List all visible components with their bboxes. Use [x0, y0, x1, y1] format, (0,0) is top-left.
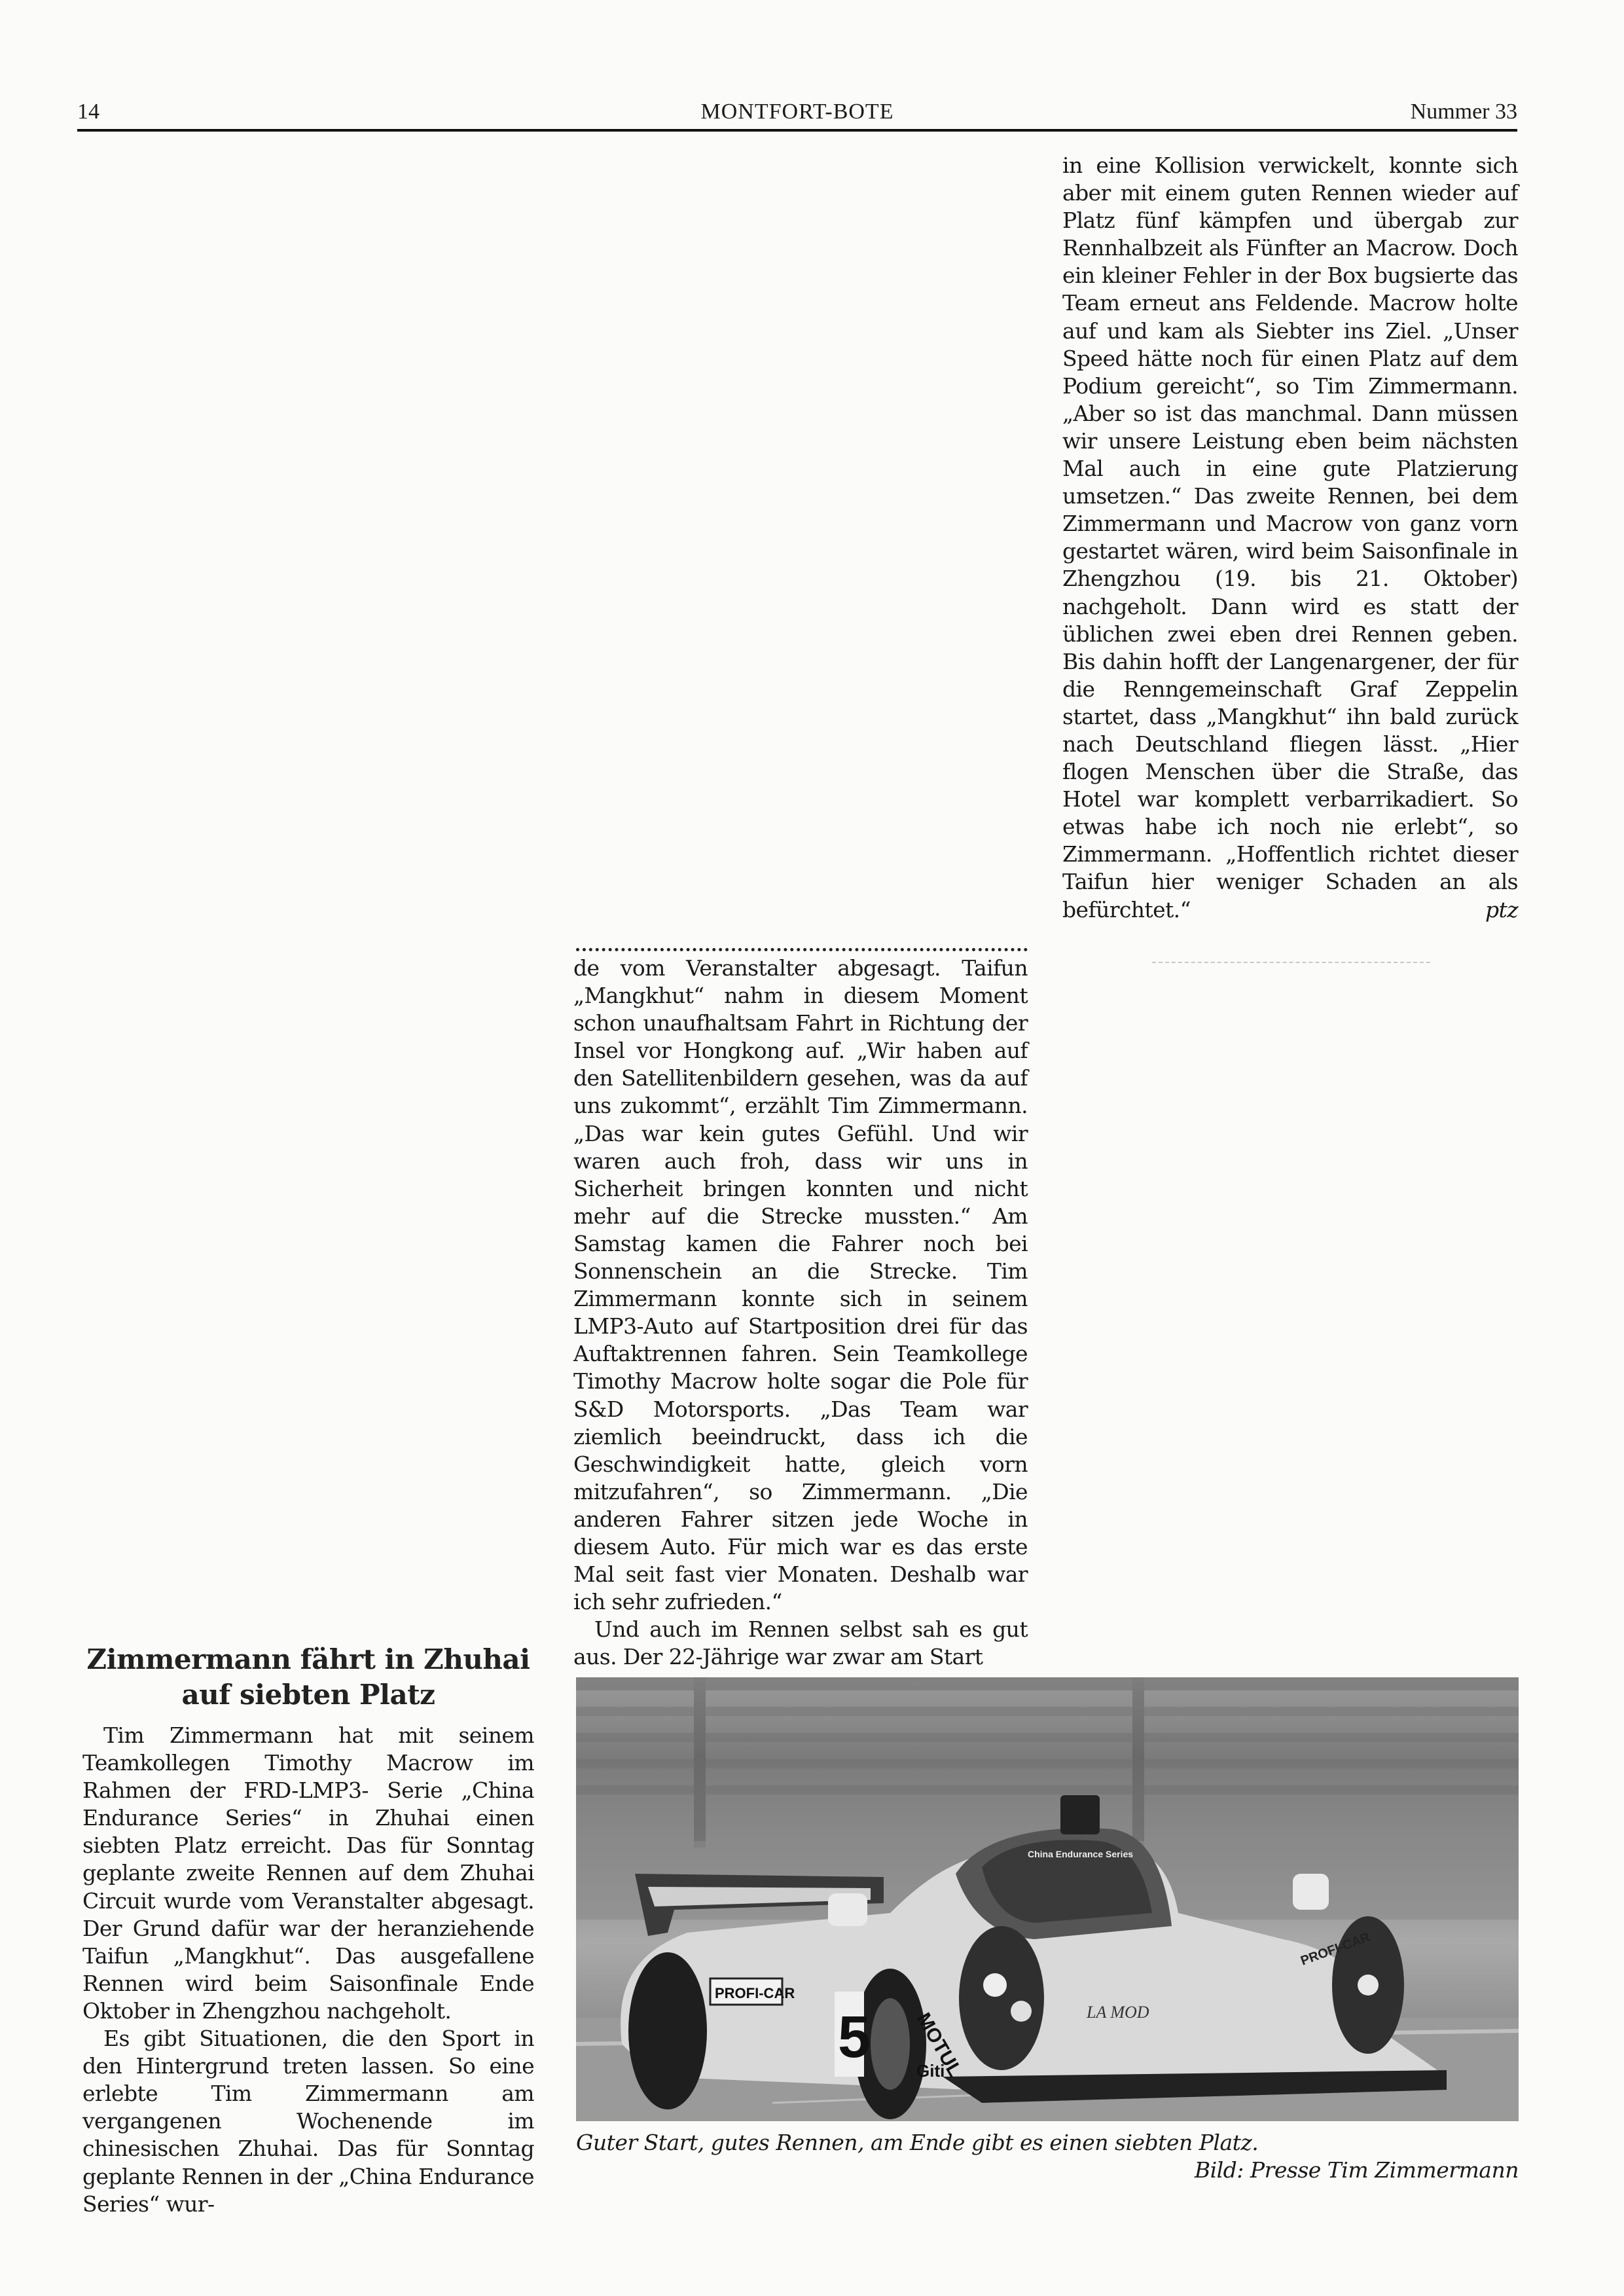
publication-title: MONTFORT-BOTE — [77, 100, 1517, 124]
article-column-left: Tim Zimmermann hat mit seinem Teamkolleg… — [82, 1722, 534, 2218]
dotted-separator — [576, 948, 1028, 951]
headline-line-2: auf siebten Platz — [82, 1677, 534, 1713]
show-through-rule — [1152, 962, 1430, 963]
car-number: 5 — [838, 2005, 871, 2070]
race-car-photo: 5 PROFI-CAR MOTUL Giti LA MOD PROFI-CAR … — [576, 1677, 1519, 2121]
paragraph: Tim Zimmermann hat mit seinem Teamkolleg… — [82, 1722, 534, 2025]
paragraph: Es gibt Situationen, die den Sport in de… — [82, 2025, 534, 2218]
page-header: 14 MONTFORT-BOTE Nummer 33 — [77, 92, 1517, 130]
article-column-middle: de vom Veranstalter abgesagt. Taifun „Ma… — [573, 955, 1028, 1671]
svg-text:PROFI-CAR: PROFI-CAR — [715, 1985, 795, 2001]
paragraph: de vom Veranstalter abgesagt. Taifun „Ma… — [573, 955, 1028, 1616]
caption-text: Guter Start, gutes Rennen, am Ende gibt … — [576, 2130, 1258, 2155]
svg-text:China Endurance Series: China Endurance Series — [1028, 1849, 1133, 1859]
svg-text:LA MOD: LA MOD — [1086, 2003, 1149, 2022]
paragraph: in eine Kollision verwickelt, konnte sic… — [1062, 152, 1518, 924]
svg-text:Giti: Giti — [916, 2061, 945, 2081]
photo-credit: Bild: Presse Tim Zimmermann — [576, 2157, 1519, 2184]
article-headline: Zimmermann fährt in Zhuhai auf siebten P… — [82, 1642, 534, 1713]
race-car-illustration: 5 PROFI-CAR MOTUL Giti LA MOD PROFI-CAR … — [576, 1677, 1519, 2121]
paragraph: Und auch im Rennen selbst sah es gut aus… — [573, 1616, 1028, 1671]
headline-line-1: Zimmermann fährt in Zhuhai — [82, 1642, 534, 1677]
article-column-right: in eine Kollision verwickelt, konnte sic… — [1062, 152, 1518, 924]
byline: ptz — [1485, 896, 1518, 924]
header-rule — [77, 129, 1517, 132]
photo-caption: Guter Start, gutes Rennen, am Ende gibt … — [576, 2129, 1519, 2184]
issue-number: Nummer 33 — [1411, 100, 1517, 124]
